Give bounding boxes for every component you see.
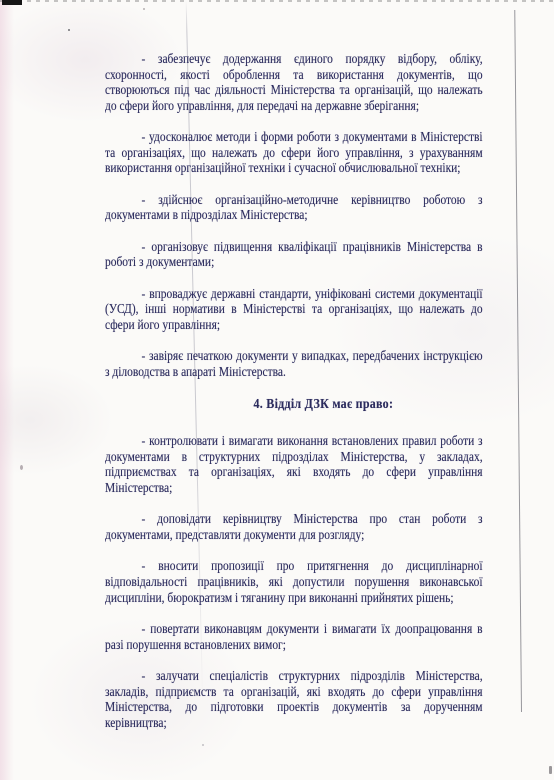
text-line: підприємствах та організаціях, які входя… — [105, 464, 483, 480]
text-line: - залучати спеціалістів структурних підр… — [105, 668, 483, 684]
text-line: та організаціях, що належать до сфери йо… — [105, 145, 483, 161]
text-line: - забезпечує додержання єдиного порядку … — [105, 51, 483, 67]
text-line: - здійснює організаційно-методичне керів… — [105, 192, 483, 208]
scan-top-edge-dots — [0, 0, 554, 2]
text-line: - завіряє печаткою документи у випадках,… — [105, 348, 483, 364]
text-line: до сфери його управління, для передачі н… — [105, 98, 483, 114]
text-line: з діловодства в апараті Міністерства. — [105, 364, 483, 380]
text-line: відповідальності працівників, які допуст… — [105, 574, 483, 590]
text-line: схоронності, якості оброблення та викори… — [105, 67, 483, 83]
paragraph: - залучати спеціалістів структурних підр… — [105, 668, 483, 730]
text-line: разі порушення встановлених вимог; — [105, 637, 483, 653]
text-line: дисципліни, бюрократизм і тяганину при в… — [105, 590, 483, 606]
paragraph: - організовує підвищення кваліфікації пр… — [105, 239, 483, 270]
text-line: - вносити пропозиції про притягнення до … — [105, 558, 483, 574]
text-line: - удосконалює методи і форми роботи з до… — [105, 129, 483, 145]
paragraph: - повертати виконавцям документи і вимаг… — [105, 621, 483, 652]
text-line: закладів, підприємств та організацій, як… — [105, 684, 483, 700]
text-line: - впроваджує державні стандарти, уніфіко… — [105, 286, 483, 302]
document-body: - забезпечує додержання єдиного порядку … — [105, 51, 483, 746]
section-heading: 4. Відділ ДЗК має право: — [105, 395, 483, 412]
scan-speck — [68, 29, 70, 31]
page-right-edge-line — [514, 10, 522, 712]
text-line: документами, представляти документи для … — [105, 527, 483, 543]
paragraph: - удосконалює методи і форми роботи з до… — [105, 129, 483, 176]
paragraph: - доповідати керівництву Міністерства пр… — [105, 511, 483, 542]
scan-speck — [549, 766, 552, 774]
text-line: документами в підрозділах Міністерства; — [105, 207, 483, 223]
text-line: Міністерства; — [105, 480, 483, 496]
scan-speck — [20, 465, 23, 470]
text-line: документами в структурних підрозділах Мі… — [105, 449, 483, 465]
scan-left-edge-tint — [0, 0, 14, 780]
text-line: - організовує підвищення кваліфікації пр… — [105, 239, 483, 255]
paragraph: - здійснює організаційно-методичне керів… — [105, 192, 483, 223]
text-line: Міністерства, до підготовки проектів док… — [105, 699, 483, 715]
text-line: створюються під час діяльності Міністерс… — [105, 82, 483, 98]
text-line: - повертати виконавцям документи і вимаг… — [105, 621, 483, 637]
paragraph: - забезпечує додержання єдиного порядку … — [105, 51, 483, 113]
text-line: - доповідати керівництву Міністерства пр… — [105, 511, 483, 527]
text-line: роботі з документами; — [105, 254, 483, 270]
text-line: сфери його управління; — [105, 317, 483, 333]
text-line: (УСД), інші нормативи в Міністерстві та … — [105, 301, 483, 317]
scan-speck — [143, 8, 145, 10]
paragraph: - вносити пропозиції про притягнення до … — [105, 558, 483, 605]
text-line: - контролювати і вимагати виконання вста… — [105, 433, 483, 449]
paragraph: - впроваджує державні стандарти, уніфіко… — [105, 286, 483, 333]
paragraph: - завіряє печаткою документи у випадках,… — [105, 348, 483, 379]
paragraph: - контролювати і вимагати виконання вста… — [105, 433, 483, 495]
text-line: керівництва; — [105, 715, 483, 731]
scan-corner-mark — [2, 0, 22, 5]
text-line: використання організаційної техніки і су… — [105, 160, 483, 176]
